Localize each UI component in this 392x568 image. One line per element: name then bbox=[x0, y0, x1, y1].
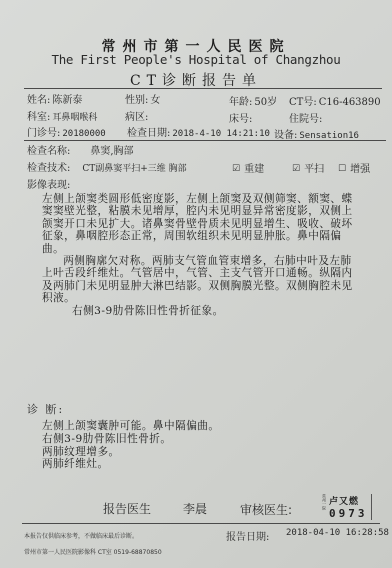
reporter-label: 报告医生 bbox=[103, 500, 151, 517]
reviewer-stamp-number: 0973 bbox=[329, 507, 368, 520]
findings-paragraph-sinus: 左侧上颌窦类圆形低密度影，左侧上颌窦及双侧筛窦、额窦、蝶窦窦壁光整，粘膜未见增厚… bbox=[42, 193, 354, 255]
findings-label: 影像表现: bbox=[27, 176, 70, 191]
exam-name: 鼻窦,胸部 bbox=[90, 146, 133, 157]
exam-technique-field: 检查技术:CT副鼻窦平扫+三维 胸部 bbox=[27, 159, 187, 174]
findings-paragraph-chest: 两侧胸廓欠对称。两肺支气管血管束增多，右肺中叶及左肺上叶舌段纤维灶。气管居中，气… bbox=[42, 255, 354, 305]
diagnosis-text: 左侧上颌窦囊肿可能。鼻中隔偏曲。 右侧3-9肋骨陈旧性骨折。 两肺纹理增多。 两… bbox=[42, 420, 342, 471]
findings-text: 左侧上颌窦类圆形低密度影，左侧上颌窦及双侧筛窦、额窦、蝶窦窦壁光整，粘膜未见增厚… bbox=[42, 193, 354, 317]
findings-paragraph-ribs: 右侧3-9肋骨陈旧性骨折征象。 bbox=[42, 305, 354, 317]
patient-age: 50岁 bbox=[254, 97, 277, 108]
department: 耳鼻咽喉科 bbox=[52, 113, 97, 123]
checkbox-unchecked-icon: ☐ bbox=[338, 166, 346, 174]
reporter-name: 李晨 bbox=[183, 500, 207, 517]
ct-number-field: CT号:C16-463890 bbox=[289, 93, 381, 108]
patient-sex: 女 bbox=[150, 95, 160, 106]
report-date-label: 报告日期: bbox=[226, 528, 269, 543]
header-divider bbox=[24, 88, 382, 89]
report-title: CT诊断报告单 bbox=[0, 70, 392, 90]
option-plain-scan: ☑平扫 bbox=[292, 160, 324, 175]
patient-name: 陈新泰 bbox=[52, 95, 82, 106]
checkbox-checked-icon: ☑ bbox=[232, 166, 240, 174]
exam-date: 2018-4-10 14:21:10 bbox=[172, 129, 270, 139]
diagnosis-line: 右侧3-9肋骨陈旧性骨折。 bbox=[42, 433, 342, 446]
ward-field: 病区: bbox=[125, 108, 150, 123]
diagnosis-line: 两肺纹理增多。 bbox=[42, 446, 342, 459]
reviewer-stamp: 常州一院 卢又燃 0973 bbox=[321, 494, 372, 520]
department-field: 科室:耳鼻咽喉科 bbox=[27, 108, 97, 123]
reviewer-label: 审核医生: bbox=[240, 501, 292, 518]
inpatient-number-field: 住院号: bbox=[289, 110, 324, 125]
option-reconstruction: ☑重建 bbox=[232, 160, 264, 175]
checkbox-checked-icon: ☑ bbox=[292, 166, 300, 174]
patient-age-field: 年龄:50岁 bbox=[229, 93, 277, 108]
reviewer-stamp-name: 卢又燃 bbox=[329, 494, 368, 507]
outpatient-number-field: 门诊号:20180000 bbox=[27, 124, 106, 139]
hospital-name-en: The First People's Hospital of Changzhou bbox=[0, 52, 392, 67]
patient-info-divider bbox=[24, 140, 386, 141]
diagnosis-line: 两肺纤维灶。 bbox=[42, 458, 342, 471]
bed-field: 床号: bbox=[229, 110, 254, 125]
footer-divider bbox=[22, 523, 380, 524]
exam-date-field: 检查日期:2018-4-10 14:21:10 bbox=[127, 124, 270, 139]
report-date: 2018-04-10 16:28:58 bbox=[286, 528, 389, 538]
patient-sex-field: 性别:女 bbox=[125, 91, 160, 106]
stamp-side-text: 常州一院 bbox=[321, 494, 327, 520]
option-enhanced: ☐增强 bbox=[338, 160, 370, 175]
outpatient-number: 20180000 bbox=[62, 129, 105, 139]
exam-technique: CT副鼻窦平扫+三维 胸部 bbox=[82, 164, 186, 174]
diagnosis-line: 左侧上颌窦囊肿可能。鼻中隔偏曲。 bbox=[42, 420, 342, 433]
ct-report-document: 常州市第一人民医院 The First People's Hospital of… bbox=[0, 0, 392, 568]
department-contact: 常州市第一人民医院影像科 CT室 0519-68870850 bbox=[24, 547, 162, 556]
diagnosis-label: 诊 断: bbox=[27, 401, 64, 417]
disclaimer: 本报告仅供临床参考，不做临床最后诊断。 bbox=[24, 531, 138, 540]
patient-name-field: 姓名:陈新泰 bbox=[27, 91, 82, 106]
device-field: 设备:Sensation16 bbox=[274, 126, 359, 141]
ct-number: C16-463890 bbox=[319, 97, 381, 108]
exam-name-field: 检查名称:鼻窦,胸部 bbox=[27, 142, 134, 157]
